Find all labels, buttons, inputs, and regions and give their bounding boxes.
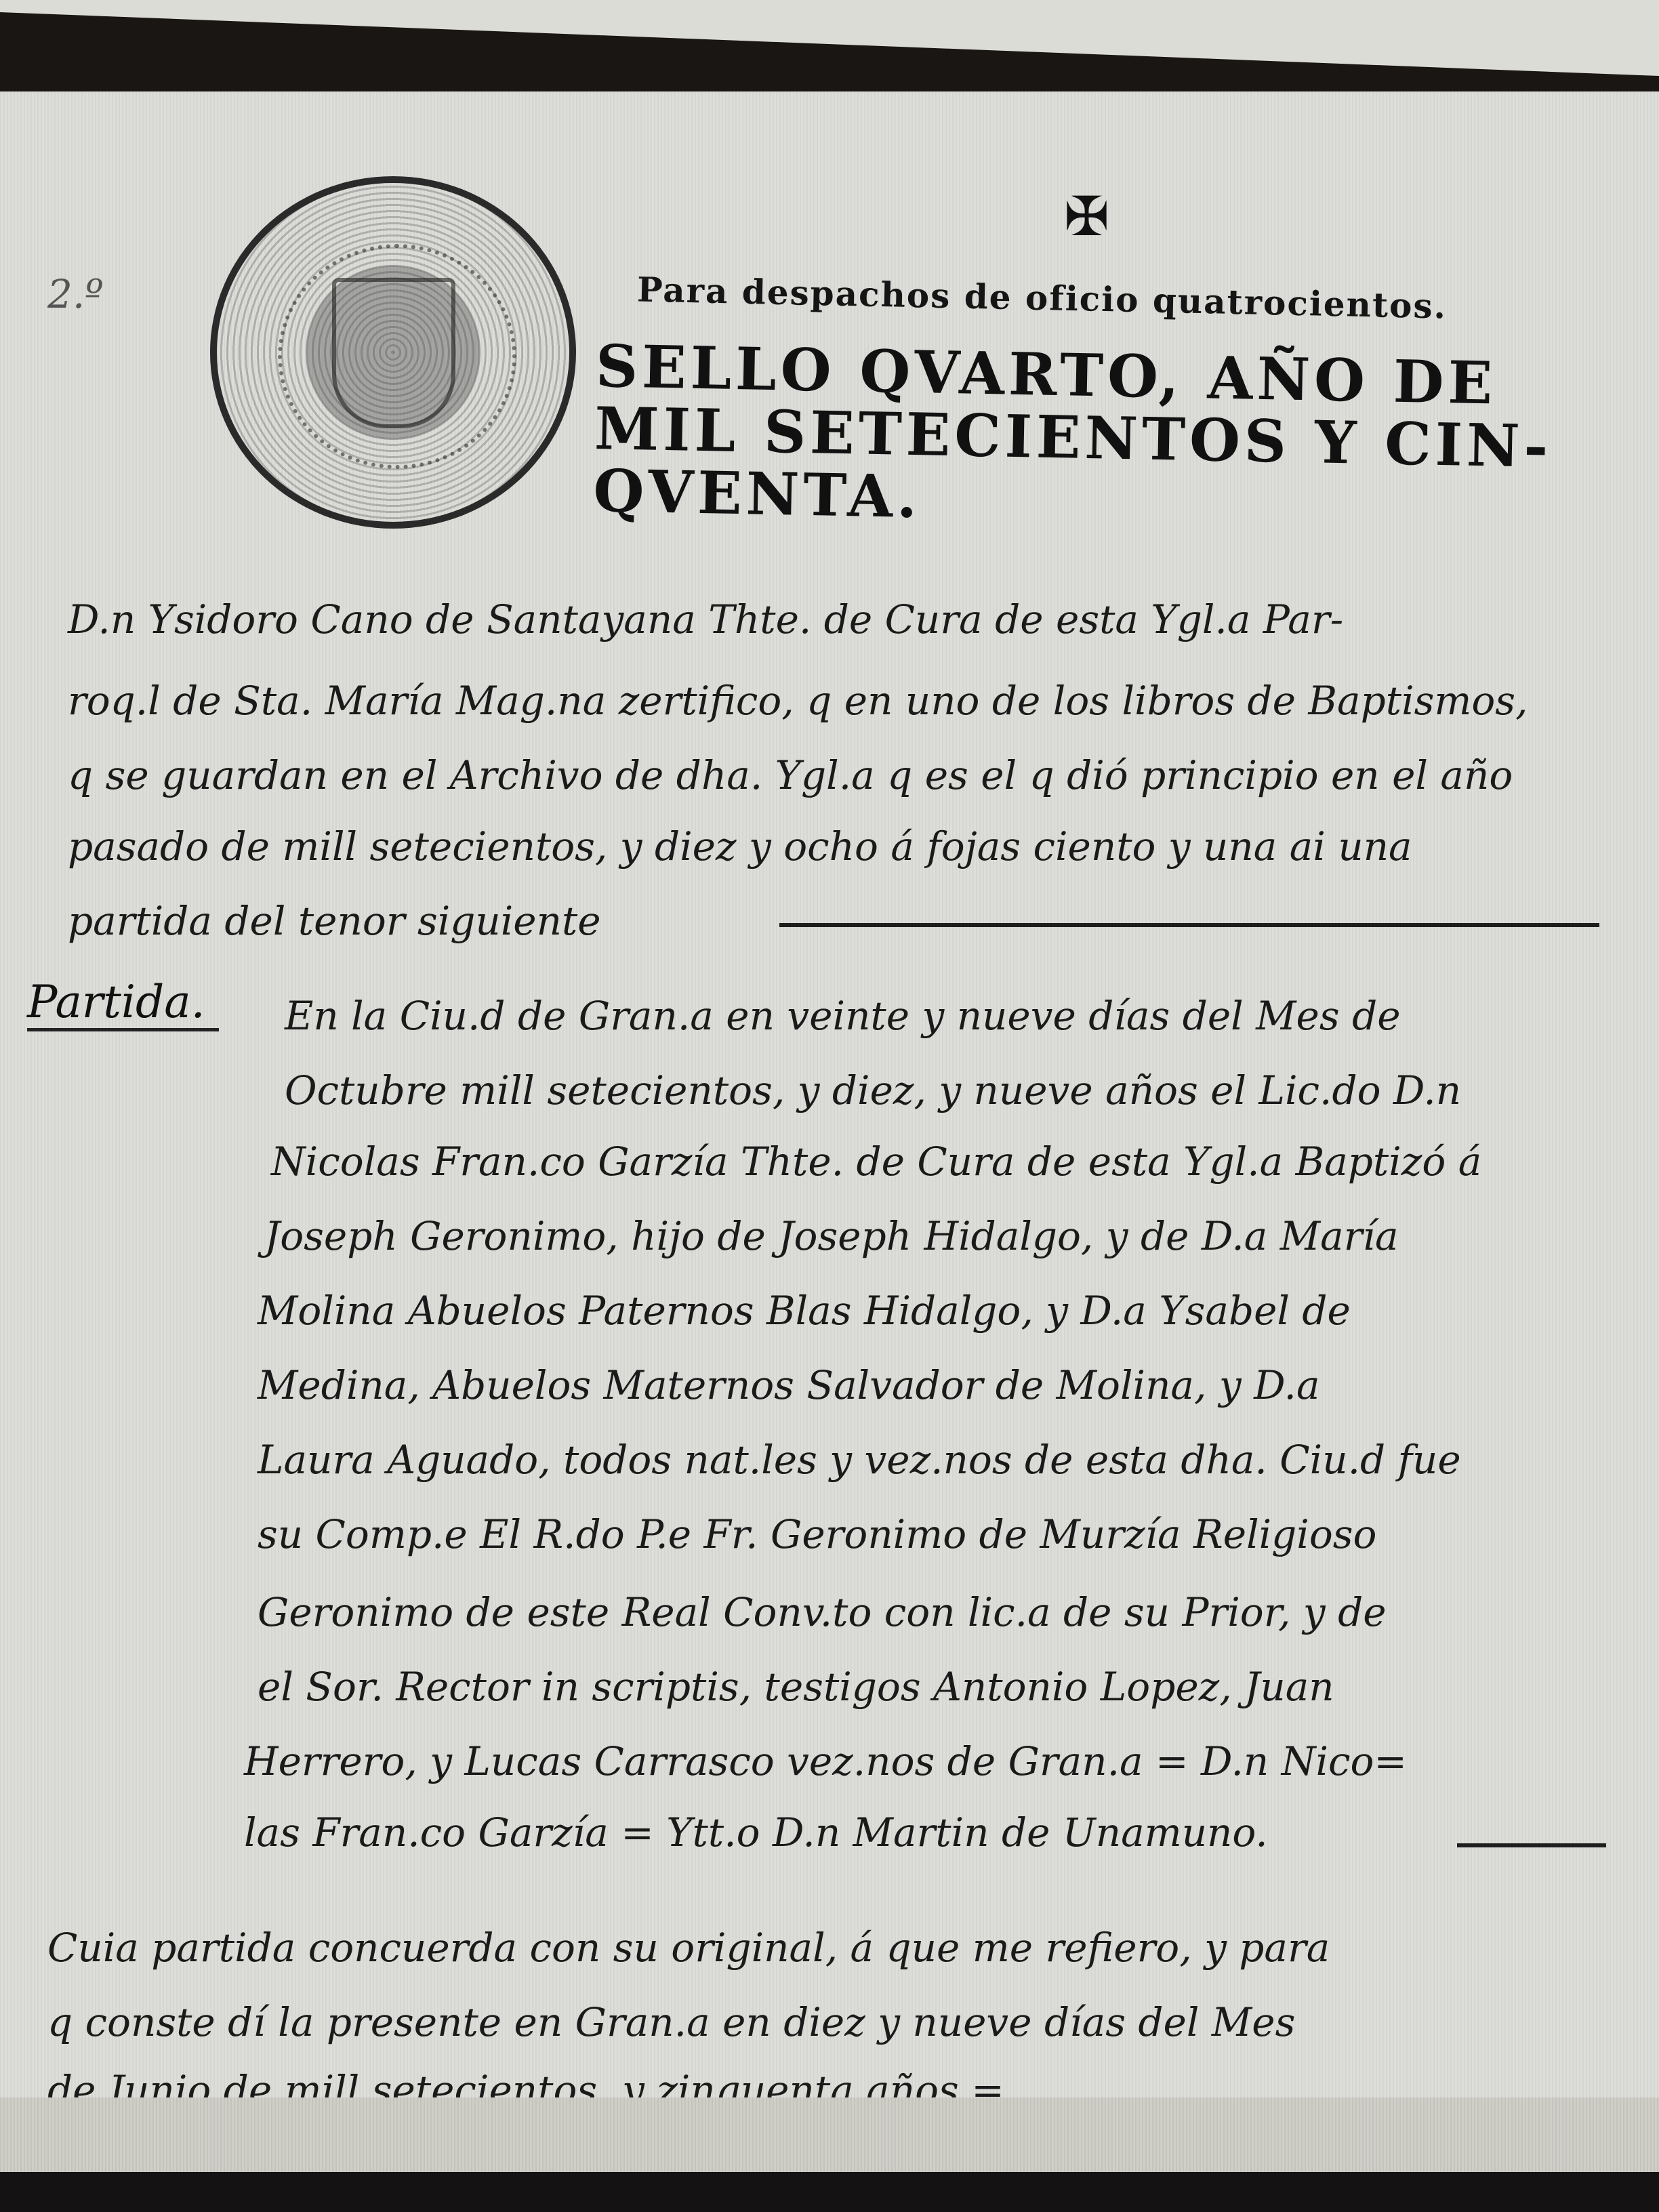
record-line: Molina Abuelos Paternos Blas Hidalgo, y … [258,1288,1351,1334]
closing-line: Cuia partida concuerda con su original, … [47,1925,1330,1971]
record-line: Laura Aguado, todos nat.les y vez.nos de… [258,1437,1461,1483]
divider-line [1457,1843,1606,1847]
record-line: las Fran.co Garzía = Ytt.o D.n Martin de… [244,1809,1268,1856]
intro-line: q se guardan en el Archivo de dha. Ygl.a… [68,752,1513,798]
record-line: En la Ciu.d de Gran.a en veinte y nueve … [285,993,1401,1039]
monitor-screen-edge [0,2097,1659,2172]
seal-icon [210,176,576,529]
record-line: el Sor. Rector in scriptis, testigos Ant… [258,1664,1334,1710]
record-line: Herrero, y Lucas Carrasco vez.nos de Gra… [244,1738,1407,1784]
record-line: Octubre mill setecientos, y diez, y nuev… [285,1067,1461,1113]
stamp-title: SELLO QVARTO, AÑO DE MIL SETECIENTOS Y C… [593,335,1572,541]
margin-note: 2.º [47,271,104,317]
intro-line: D.n Ysidoro Cano de Santayana Thte. de C… [68,596,1343,642]
record-line: Nicolas Fran.co Garzía Thte. de Cura de … [271,1139,1481,1185]
record-line: su Comp.e El R.do P.e Fr. Geronimo de Mu… [258,1511,1376,1557]
record-line: Joseph Geronimo, hijo de Joseph Hidalgo,… [264,1213,1399,1259]
record-line: Geronimo de este Real Conv.to con lic.a … [258,1589,1387,1635]
shield-icon [332,278,455,428]
divider-line [779,923,1599,927]
intro-line: roq.l de Sta. María Mag.na zertifico, q … [68,678,1528,724]
record-line: Medina, Abuelos Maternos Salvador de Mol… [258,1362,1320,1408]
intro-line: pasado de mill setecientos, y diez y och… [68,823,1412,869]
monitor-bottom-bezel [0,2172,1659,2212]
closing-line: q conste dí la presente en Gran.a en die… [47,1999,1295,2045]
intro-line: partida del tenor siguiente [68,898,601,944]
partida-label: Partida. [27,976,219,1031]
cross-icon: ✠ [1064,190,1109,244]
